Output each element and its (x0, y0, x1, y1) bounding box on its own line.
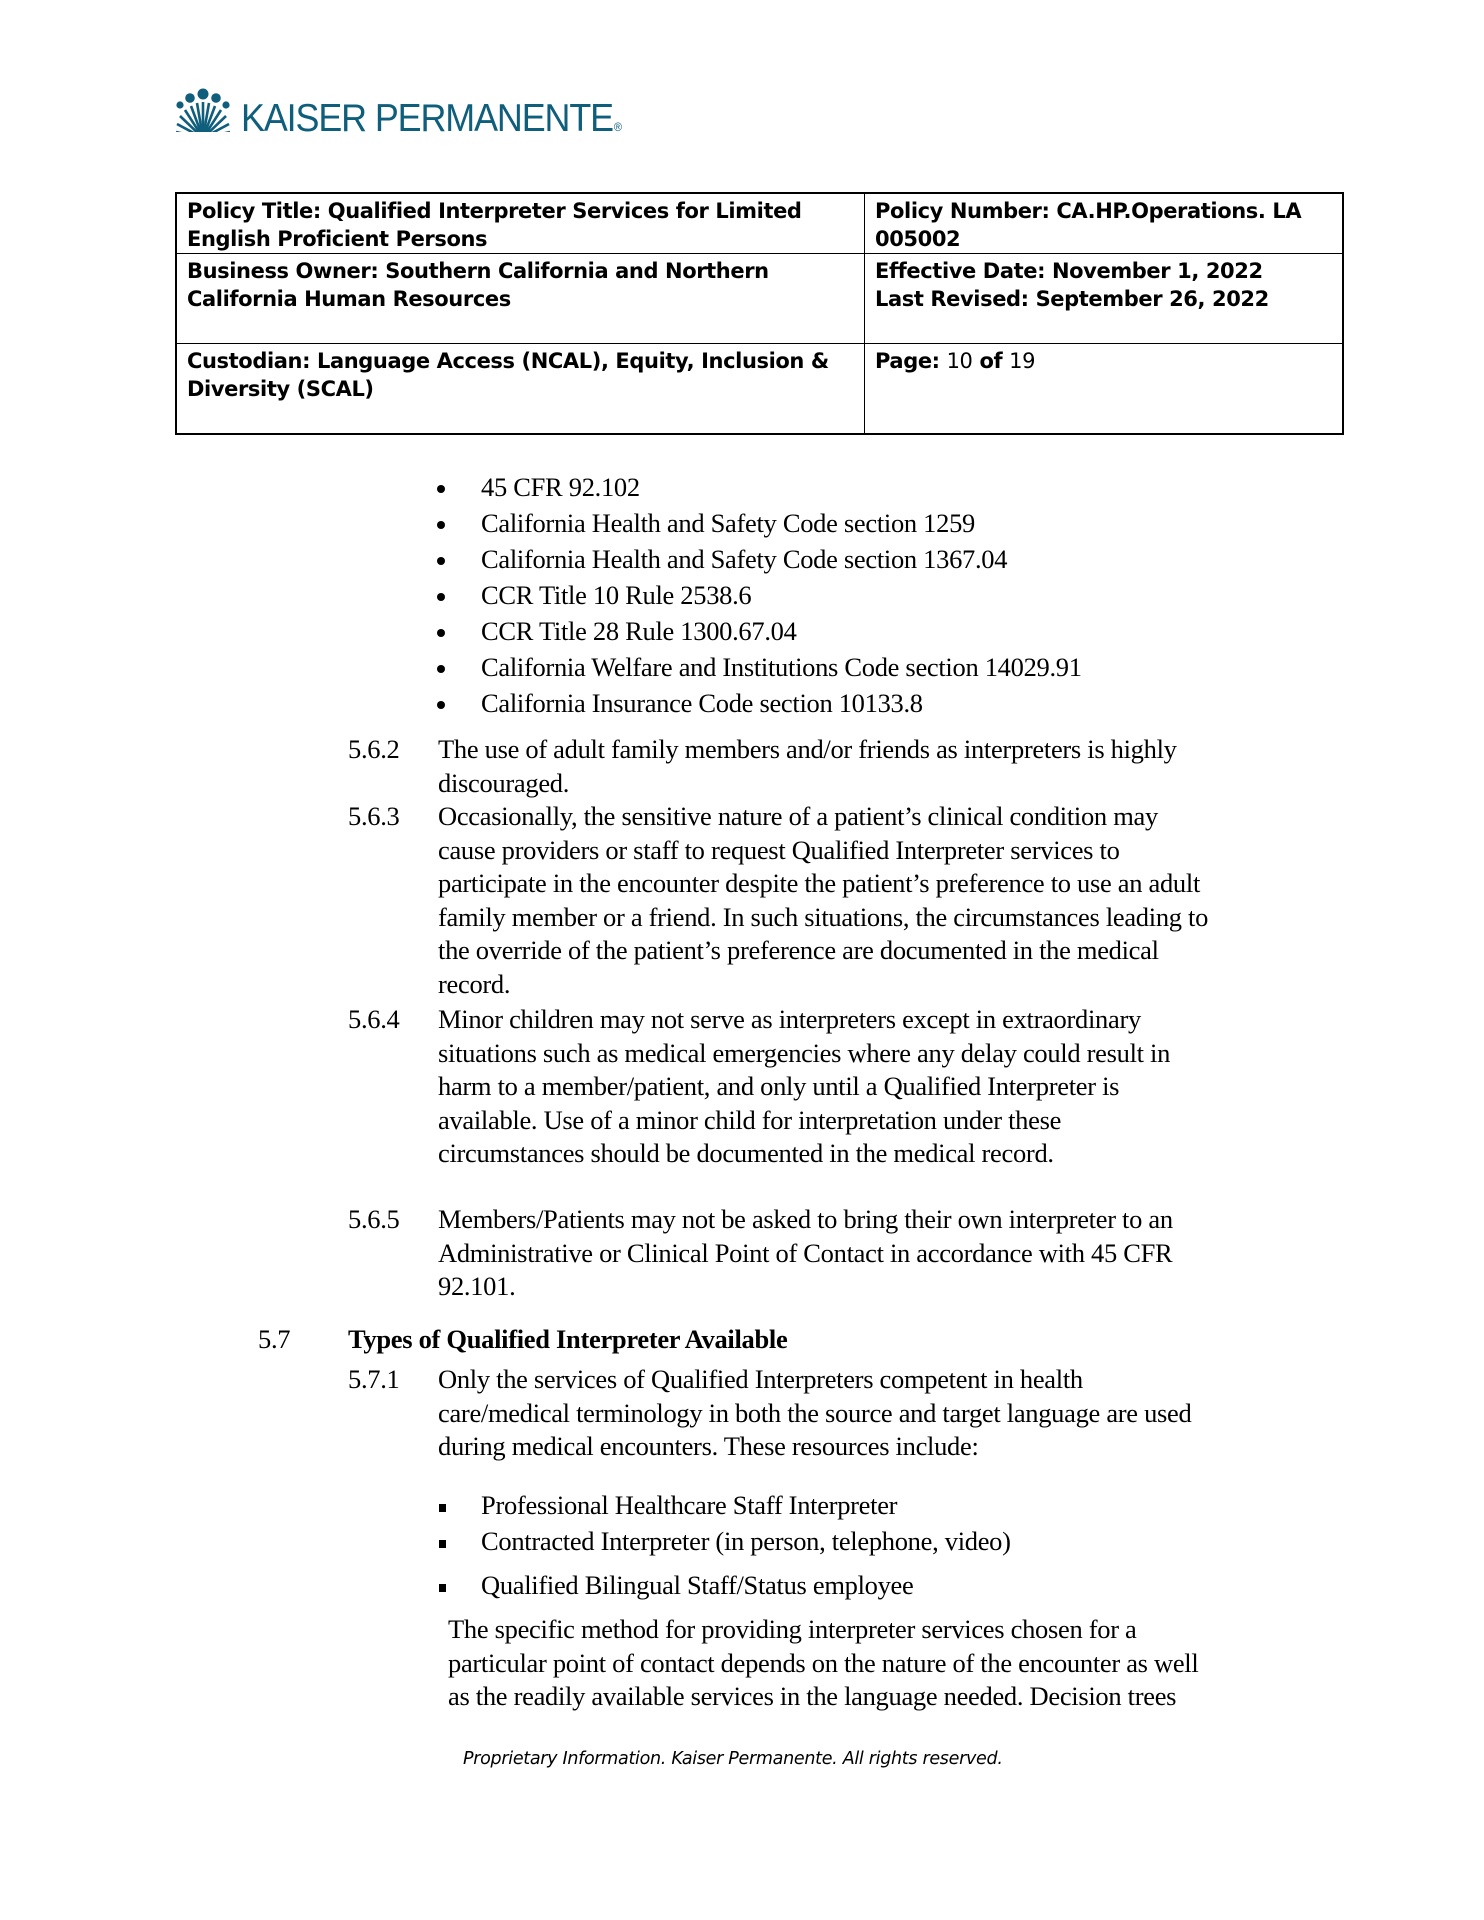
reference-item: California Health and Safety Code sectio… (435, 505, 1335, 541)
section-5-7-1: 5.7.1 Only the services of Qualified Int… (348, 1363, 1318, 1464)
dates-cell: Effective Date: November 1, 2022 Last Re… (865, 254, 1342, 343)
bullet-icon (435, 541, 481, 577)
section-5-7-heading: 5.7 Types of Qualified Interpreter Avail… (258, 1323, 787, 1357)
reference-item: 45 CFR 92.102 (435, 469, 1335, 505)
footer-proprietary-notice: Proprietary Information. Kaiser Permanen… (463, 1749, 1003, 1769)
page-label: Page: (875, 349, 940, 373)
section-title: Types of Qualified Interpreter Available (348, 1323, 787, 1357)
logo-wordmark: KAISER PERMANENTE® (241, 99, 622, 140)
resource-item: Qualified Bilingual Staff/Status employe… (436, 1567, 1336, 1603)
policy-title: Policy Title: Qualified Interpreter Serv… (177, 194, 865, 253)
reference-item: CCR Title 10 Rule 2538.6 (435, 577, 1335, 613)
section-5-6-3: 5.6.3Occasionally, the sensitive nature … (348, 800, 1318, 1001)
reference-item: California Insurance Code section 10133.… (435, 685, 1335, 721)
section-text: Minor children may not serve as interpre… (438, 1003, 1318, 1171)
section-text: Only the services of Qualified Interpret… (438, 1363, 1318, 1464)
header-row-3: Custodian: Language Access (NCAL), Equit… (177, 344, 1342, 433)
reference-item: CCR Title 28 Rule 1300.67.04 (435, 613, 1335, 649)
section-text: The use of adult family members and/or f… (438, 733, 1318, 800)
square-bullet-icon (436, 1523, 481, 1563)
bullet-icon (435, 613, 481, 649)
resource-item: Professional Healthcare Staff Interprete… (436, 1487, 1336, 1523)
page-of: of (979, 349, 1002, 373)
header-row-1: Policy Title: Qualified Interpreter Serv… (177, 194, 1342, 254)
resource-text: Qualified Bilingual Staff/Status employe… (481, 1567, 913, 1603)
reference-item: California Health and Safety Code sectio… (435, 541, 1335, 577)
kp-people-sunburst-icon (175, 88, 231, 140)
section-number: 5.6.5 (348, 1203, 438, 1304)
logo-name: KAISER PERMANENTE (241, 97, 613, 140)
section-number: 5.7 (258, 1323, 348, 1357)
reference-text: California Health and Safety Code sectio… (481, 505, 975, 541)
bullet-icon (435, 469, 481, 505)
section-number: 5.6.3 (348, 800, 438, 1001)
header-row-2: Business Owner: Southern California and … (177, 254, 1342, 344)
bullet-icon (435, 577, 481, 613)
reference-text: California Insurance Code section 10133.… (481, 685, 923, 721)
references-list: 45 CFR 92.102California Health and Safet… (435, 469, 1335, 721)
section-text: Occasionally, the sensitive nature of a … (438, 800, 1318, 1001)
resource-text: Contracted Interpreter (in person, telep… (481, 1523, 1011, 1563)
section-5-6-5: 5.6.5Members/Patients may not be asked t… (348, 1203, 1318, 1304)
closing-paragraph: The specific method for providing interp… (448, 1613, 1328, 1714)
resources-list: Professional Healthcare Staff Interprete… (436, 1487, 1336, 1603)
page-indicator: Page: 10 of 19 (865, 344, 1342, 433)
resource-item: Contracted Interpreter (in person, telep… (436, 1523, 1336, 1563)
reference-text: CCR Title 10 Rule 2538.6 (481, 577, 751, 613)
policy-number: Policy Number: CA.HP.Operations. LA 0050… (865, 194, 1342, 253)
reference-item: California Welfare and Institutions Code… (435, 649, 1335, 685)
bullet-icon (435, 505, 481, 541)
section-5-6-2: 5.6.2The use of adult family members and… (348, 733, 1318, 800)
square-bullet-icon (436, 1567, 481, 1603)
resource-text: Professional Healthcare Staff Interprete… (481, 1487, 897, 1523)
reference-text: California Health and Safety Code sectio… (481, 541, 1007, 577)
bullet-icon (435, 649, 481, 685)
kaiser-permanente-logo: KAISER PERMANENTE® (175, 86, 655, 140)
custodian: Custodian: Language Access (NCAL), Equit… (177, 344, 865, 433)
registered-mark: ® (614, 120, 622, 134)
section-number: 5.6.2 (348, 733, 438, 800)
page-total: 19 (1009, 349, 1035, 373)
reference-text: 45 CFR 92.102 (481, 469, 640, 505)
section-5-6-4: 5.6.4Minor children may not serve as int… (348, 1003, 1318, 1171)
page-current: 10 (947, 349, 973, 373)
bullet-icon (435, 685, 481, 721)
section-number: 5.7.1 (348, 1363, 438, 1464)
square-bullet-icon (436, 1487, 481, 1523)
business-owner: Business Owner: Southern California and … (177, 254, 865, 343)
policy-header-table: Policy Title: Qualified Interpreter Serv… (175, 192, 1344, 435)
section-number: 5.6.4 (348, 1003, 438, 1171)
reference-text: CCR Title 28 Rule 1300.67.04 (481, 613, 797, 649)
reference-text: California Welfare and Institutions Code… (481, 649, 1082, 685)
section-text: Members/Patients may not be asked to bri… (438, 1203, 1318, 1304)
last-revised: Last Revised: September 26, 2022 (875, 285, 1332, 313)
effective-date: Effective Date: November 1, 2022 (875, 257, 1332, 285)
